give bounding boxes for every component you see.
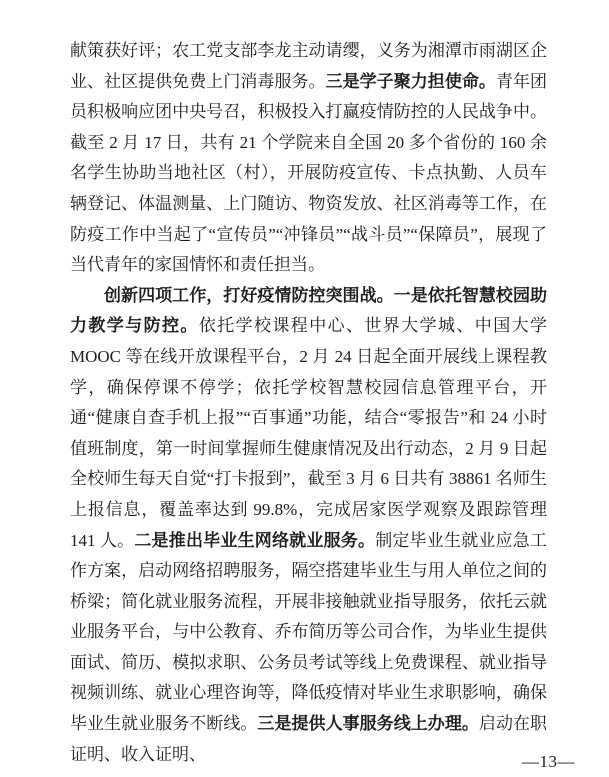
document-body: 献策获好评；农工党支部李龙主动请缨，义务为湘潭市雨湖区企业、社区提供免费上门消毒…: [70, 36, 547, 770]
page-number: —13—: [522, 753, 575, 770]
emphasis-run: 三是提供人事服务线上办理。: [257, 714, 478, 733]
text-run: 青年团员积极响应团中央号召，积极投入打赢疫情防控的人民战争中。截至 2 月 17…: [70, 72, 547, 275]
paragraph: 献策获好评；农工党支部李龙主动请缨，义务为湘潭市雨湖区企业、社区提供免费上门消毒…: [70, 36, 547, 281]
text-run: 依托学校课程中心、世界大学城、中国大学 MOOC 等在线开放课程平台，2 月 2…: [70, 316, 547, 549]
document-page: 献策获好评；农工党支部李龙主动请缨，义务为湘潭市雨湖区企业、社区提供免费上门消毒…: [0, 0, 609, 777]
emphasis-run: 三是学子聚力担使命。: [326, 72, 496, 91]
paragraph: 创新四项工作，打好疫情防控突围战。一是依托智慧校园助力教学与防控。依托学校课程中…: [70, 281, 547, 771]
emphasis-run: 二是推出毕业生网络就业服务。: [134, 531, 375, 550]
text-run: 制定毕业生就业应急工作方案，启动网络招聘服务，隔空搭建毕业生与用人单位之间的桥梁…: [70, 531, 547, 734]
